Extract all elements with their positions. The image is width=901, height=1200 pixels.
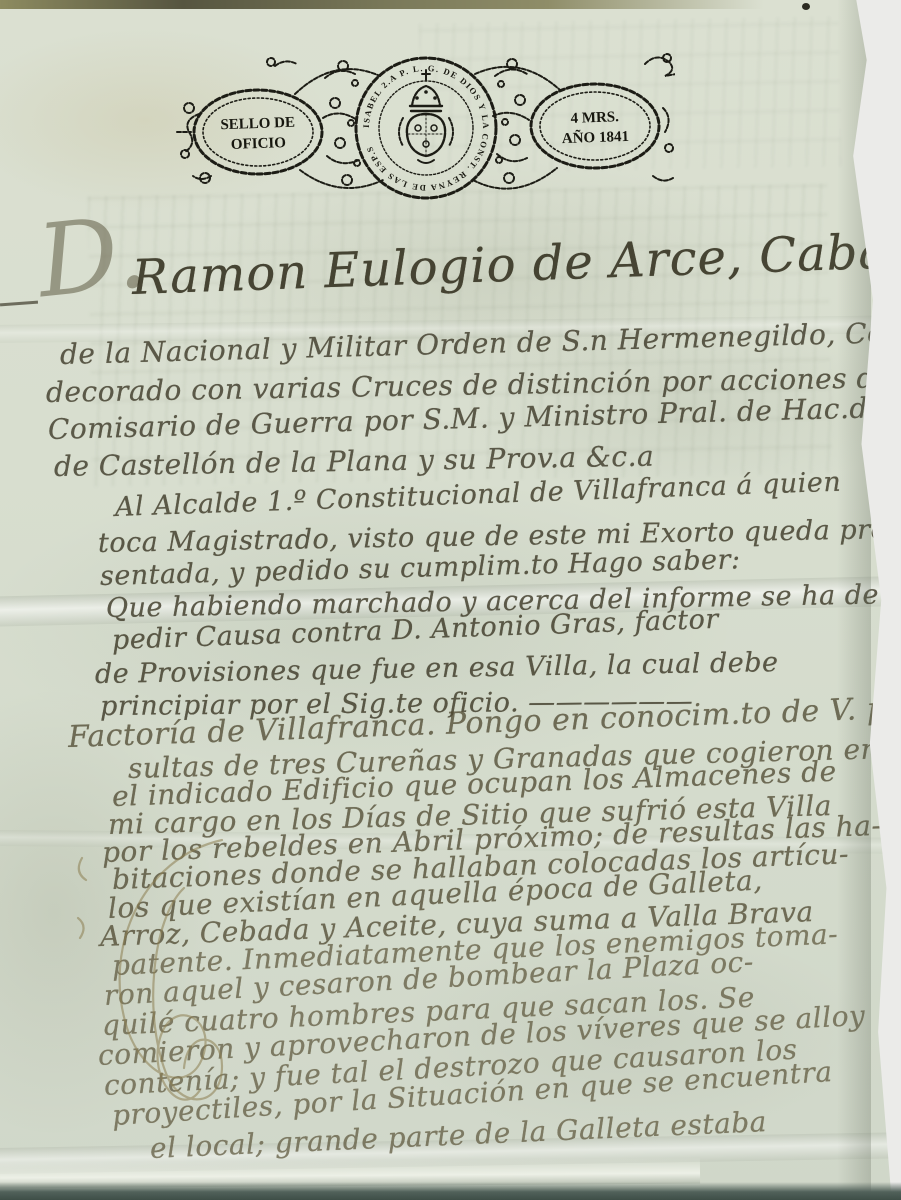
rubric-flourish <box>72 828 242 1138</box>
seal-left-label-line2: OFICIO <box>231 135 287 153</box>
paper-bottom-edge <box>0 1182 901 1200</box>
paper-top-edge <box>0 0 830 9</box>
official-seal-stamp: SELLO DE OFICIO 4 MRS. AÑO 1841 ISABEL 2… <box>175 48 675 208</box>
seal-left-medallion: SELLO DE OFICIO <box>194 90 322 174</box>
seal-right-label-line2: AÑO 1841 <box>562 127 630 147</box>
scanned-document-page: SELLO DE OFICIO 4 MRS. AÑO 1841 ISABEL 2… <box>0 0 901 1200</box>
royal-arms-shield-icon <box>399 114 453 163</box>
seal-right-label-line1: 4 MRS. <box>570 109 619 127</box>
crown-icon <box>410 70 442 111</box>
seal-center-medallion: ISABEL 2.A P. L. G. DE DIOS Y LA CONST. … <box>356 58 496 198</box>
seal-right-medallion: 4 MRS. AÑO 1841 <box>531 84 659 168</box>
seal-left-label-line1: SELLO DE <box>220 115 295 134</box>
ink-spot <box>802 3 810 10</box>
